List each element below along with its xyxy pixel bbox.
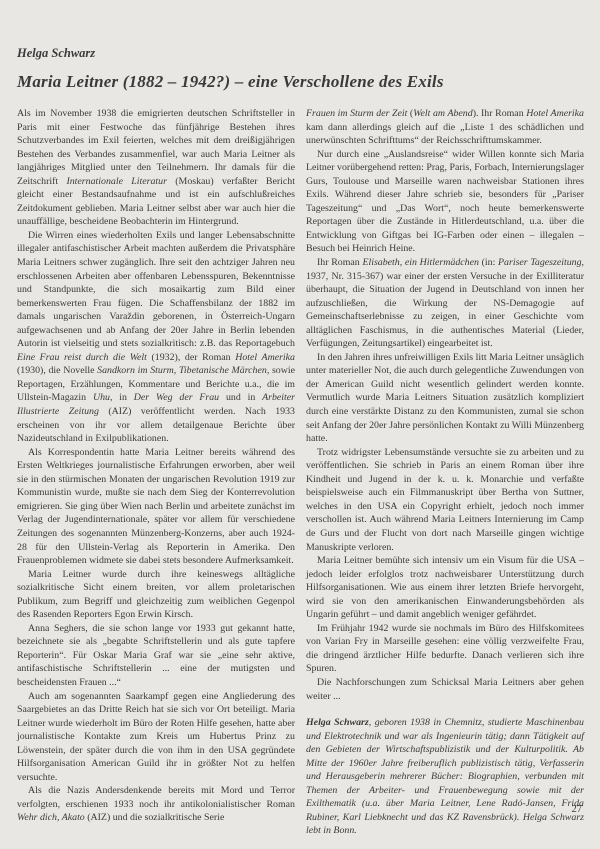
text-run: und in (219, 392, 262, 403)
page-title: Maria Leitner (1882 – 1942?) – eine Vers… (17, 72, 584, 92)
text-run: Ihr Roman (317, 257, 362, 268)
text-run: Helga Schwarz (306, 717, 369, 728)
text-run: Hotel Amerika (526, 108, 584, 119)
text-run: Frauen im Sturm der Zeit (306, 108, 407, 119)
text-run: Uhu (93, 392, 110, 403)
page-number: 27 (572, 804, 583, 815)
paragraph: Als Korrespondentin hatte Maria Leitner … (17, 446, 295, 568)
paragraph: Im Frühjahr 1942 wurde sie nochmals im B… (306, 622, 584, 676)
text-run: Trotz widrigster Lebensumstände versucht… (306, 447, 584, 553)
text-run: Maria Leitner bemühte sich intensiv um e… (306, 555, 584, 620)
text-run: , in (110, 392, 134, 403)
paragraph: Als im November 1938 die emigrierten deu… (17, 107, 295, 229)
text-run: Welt am Abend (413, 108, 472, 119)
paragraph: Maria Leitner bemühte sich intensiv um e… (306, 554, 584, 622)
paragraph: Die Nachforschungen zum Schicksal Maria … (306, 676, 584, 703)
paragraph: Maria Leitner wurde durch ihre keinesweg… (17, 568, 295, 622)
text-run: (AIZ) und die sozialkritische Serie (85, 812, 225, 823)
text-run: Sandkorn im Sturm, Tibetanische Märchen (97, 365, 267, 376)
text-run: Maria Leitner wurde durch ihre keinesweg… (17, 569, 295, 621)
paragraph: In den Jahren ihres unfreiwilligen Exils… (306, 351, 584, 446)
text-run: (1930), die Novelle (17, 365, 97, 376)
paragraph: Auch am sogenannten Saarkampf gegen eine… (17, 690, 295, 785)
text-run: Internationale Literatur (66, 176, 166, 187)
left-column: Als im November 1938 die emigrierten deu… (17, 107, 295, 838)
paragraph: Trotz widrigster Lebensumstände versucht… (306, 446, 584, 554)
text-run: Der Weg der Frau (134, 392, 219, 403)
text-columns: Als im November 1938 die emigrierten deu… (17, 107, 584, 838)
paragraph: Nur durch eine „Auslandsreise“ wider Wil… (306, 148, 584, 256)
text-run: Hotel Amerika (235, 352, 295, 363)
paragraph: Anna Seghers, die sie schon lange vor 19… (17, 622, 295, 690)
author-name: Helga Schwarz (17, 46, 584, 61)
text-run: , geboren 1938 in Chemnitz, studierte Ma… (306, 717, 584, 836)
text-run: kam dann allerdings gleich auf die „List… (306, 122, 584, 147)
right-column: Frauen im Sturm der Zeit (Welt am Abend)… (306, 107, 584, 838)
paragraph: Die Wirren eines wiederholten Exils und … (17, 229, 295, 446)
text-run: , 1937, Nr. 315-367) war einer der erste… (306, 257, 584, 349)
text-run: (1932), der Roman (147, 352, 235, 363)
text-run: In den Jahren ihres unfreiwilligen Exils… (306, 352, 584, 444)
paragraph: Helga Schwarz, geboren 1938 in Chemnitz,… (306, 716, 584, 838)
text-run: Elisabeth, ein Hitlermädchen (362, 257, 478, 268)
document-page: Helga Schwarz Maria Leitner (1882 – 1942… (0, 0, 600, 849)
text-run: Nur durch eine „Auslandsreise“ wider Wil… (306, 149, 584, 255)
text-run: Eine Frau reist durch die Welt (17, 352, 147, 363)
text-run: Die Wirren eines wiederholten Exils und … (17, 230, 295, 349)
text-run: Im Frühjahr 1942 wurde sie nochmals im B… (306, 623, 584, 675)
paragraph: Als die Nazis Andersdenkende bereits mit… (17, 784, 295, 825)
text-run: Wehr dich, Akato (17, 812, 85, 823)
paragraph: Frauen im Sturm der Zeit (Welt am Abend)… (306, 107, 584, 148)
text-run: Als Korrespondentin hatte Maria Leitner … (17, 447, 295, 566)
text-run: Anna Seghers, die sie schon lange vor 19… (17, 623, 295, 688)
text-run: Als die Nazis Andersdenkende bereits mit… (17, 785, 295, 810)
text-run: ). Ihr Roman (473, 108, 527, 119)
text-run: (in: (479, 257, 498, 268)
text-run: Pariser Tageszeitung (498, 257, 582, 268)
paragraph: Ihr Roman Elisabeth, ein Hitlermädchen (… (306, 256, 584, 351)
text-run: Auch am sogenannten Saarkampf gegen eine… (17, 691, 295, 783)
text-run: Die Nachforschungen zum Schicksal Maria … (306, 677, 584, 702)
